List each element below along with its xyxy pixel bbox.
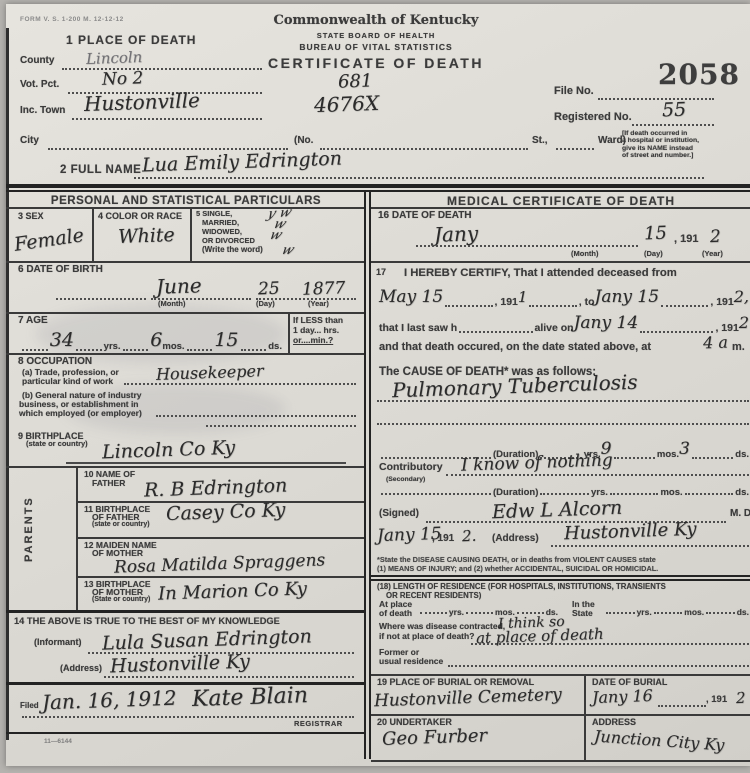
death-hour-value: 4 a <box>703 334 728 352</box>
county-line <box>62 68 262 70</box>
birthplace-rule <box>66 462 346 464</box>
marital-label: (Write the word) <box>202 246 263 255</box>
occ-a-label: particular kind of work <box>22 377 113 386</box>
registered-no-label: Registered No. <box>554 112 632 124</box>
to-year-hw: 2, <box>734 287 749 306</box>
right-column-title: MEDICAL CERTIFICATE OF DEATH <box>376 195 746 208</box>
alive-on-label: alive on <box>535 322 574 334</box>
contracted-label-2: if not at place of death? <box>379 632 474 641</box>
burial-date-value: Jany 16 <box>592 687 653 706</box>
burial-box-mid <box>371 714 750 716</box>
cause-line-2 <box>377 423 749 425</box>
city-label: City <box>20 136 39 147</box>
dod-day-label: (Day) <box>644 250 663 258</box>
hospital-note: [If death occurred in a hospital or inst… <box>622 130 750 159</box>
duration-ds-label: ds. <box>735 449 749 460</box>
undertaker-address-value: Junction City Ky <box>594 727 725 753</box>
cell-line <box>288 312 290 353</box>
age-yrs-label: yrs. <box>104 341 121 352</box>
sign-address-line <box>551 545 749 547</box>
city-no-label: (No. <box>294 136 313 147</box>
scan-edge-line <box>6 28 9 740</box>
dod-month-label: (Month) <box>571 250 598 258</box>
dod-line <box>416 245 638 247</box>
sex-value: Female <box>13 225 85 255</box>
age-label: 7 AGE <box>18 316 48 327</box>
form-code: FORM V. S. 1-200 M. 12-12-12 <box>20 16 124 23</box>
county-label: County <box>20 56 54 67</box>
hospital-note-line: a hospital or institution, <box>622 137 750 144</box>
duration2-ds-label: ds. <box>735 487 749 498</box>
mos-label: mos. <box>684 607 704 617</box>
burial-box-bottom <box>371 760 750 762</box>
filed-label: Filed <box>20 702 39 711</box>
yrs-label: yrs. <box>449 607 464 617</box>
burial-place-value: Hustonville Cemetery <box>374 686 562 711</box>
race-label: 4 COLOR OR RACE <box>98 212 182 222</box>
less-than-label: 1 day... hrs. <box>293 326 339 335</box>
mother-bp-value: In Marion Co Ky <box>158 579 307 604</box>
mother-bp-label: (State or country) <box>92 596 150 604</box>
signature-value: Edw L Alcorn <box>492 498 623 523</box>
dod-day-value: 15 <box>644 224 668 244</box>
less-than-label: If LESS than <box>293 316 343 325</box>
last-saw-date-value: Jany 14 <box>574 313 639 333</box>
dod-year-printed: , 191 <box>674 234 698 246</box>
file-no-value: 2058 <box>658 60 740 90</box>
secondary-label: (Secondary) <box>386 476 425 483</box>
father-name-label: FATHER <box>92 479 125 488</box>
vot-pct-label: Vot. Pct. <box>20 80 59 91</box>
burial-box-top <box>371 674 750 676</box>
in-state-row: yrs. mos. ds. <box>604 607 749 617</box>
dob-month-label: (Month) <box>158 300 185 308</box>
city-st-line <box>556 148 594 150</box>
file-no-line <box>598 98 714 100</box>
registered-no-line <box>632 124 714 126</box>
last-saw-row: that I last saw h alive on Jany 14 , 191… <box>379 316 749 336</box>
hospital-note-line: of street and number.] <box>622 152 750 159</box>
hospital-note-line: give its NAME instead <box>622 145 750 152</box>
plate-code: 11—6144 <box>44 738 72 745</box>
former-line <box>448 665 749 667</box>
last-saw-year-hw: 2 <box>739 313 749 332</box>
yrs-label: yrs. <box>637 607 652 617</box>
at-place-label-2: of death <box>379 609 412 618</box>
cell-line <box>190 207 192 261</box>
parents-box-divider <box>76 466 78 612</box>
scanned-death-certificate: { "page": { "form_code": "FORM V. S. 1-2… <box>0 0 750 773</box>
marital-label: WIDOWED, <box>202 228 242 236</box>
certify-text: I HEREBY CERTIFY, That I attended deceas… <box>404 267 677 279</box>
occ-b-line-1 <box>156 415 356 417</box>
city-no-line <box>320 148 528 150</box>
from-year-hw: 1 <box>518 288 528 306</box>
left-column-title: PERSONAL AND STATISTICAL PARTICULARS <box>16 195 356 207</box>
occ-b-label: which employed (or employer) <box>19 409 142 418</box>
occ-a-value: Housekeeper <box>156 362 264 383</box>
duration2-label: (Duration) <box>493 487 538 498</box>
attest-label: 14 THE ABOVE IS TRUE TO THE BEST OF MY K… <box>14 616 280 626</box>
bureau-label: BUREAU OF VITAL STATISTICS <box>261 43 491 52</box>
last-saw-label: that I last saw h <box>379 322 457 334</box>
sign-address-value: Hustonville Ky <box>564 520 697 544</box>
dob-day-label: (Day) <box>256 300 275 308</box>
marital-label: OR DIVORCED <box>202 237 255 245</box>
inc-town-label: Inc. Town <box>20 106 65 117</box>
dod-year-hw: 2 <box>710 228 721 247</box>
death-occurred-label: and that death occured, on the date stat… <box>379 342 651 354</box>
dob-year-value: 1877 <box>302 279 346 299</box>
marital-label: MARRIED, <box>202 219 239 227</box>
vot-pct-value: No 2 <box>102 69 144 89</box>
age-days-value: 15 <box>214 329 238 351</box>
age-mos-label: mos. <box>162 341 184 352</box>
marital-scribble: w <box>279 244 297 258</box>
parents-label: PARENTS <box>24 484 36 574</box>
attended-to-value: Jany 15 <box>595 287 660 307</box>
to-label: , to <box>579 296 595 308</box>
right-title-rule <box>371 207 750 209</box>
column-divider <box>364 191 366 759</box>
former-label-2: usual residence <box>379 657 443 666</box>
full-name-label: 2 FULL NAME <box>60 164 141 176</box>
state-board-label: STATE BOARD OF HEALTH <box>261 32 491 40</box>
county-value: Lincoln <box>86 49 143 67</box>
attended-from-value: May 15 <box>379 287 443 307</box>
footnote-line: *State the DISEASE CAUSING DEATH, or in … <box>377 556 656 564</box>
registrar-signature: Kate Blain <box>192 684 309 712</box>
cause-line-1 <box>377 400 749 402</box>
dob-day-value: 25 <box>258 280 280 299</box>
residence-rule-2 <box>371 579 750 581</box>
parents-box-bottom <box>6 610 364 613</box>
commonwealth-title: Commonwealth of Kentucky <box>261 14 491 28</box>
registered-no-value: 55 <box>662 100 687 121</box>
dod-year-label: (Year) <box>702 250 723 258</box>
age-ds-label: ds. <box>268 341 282 352</box>
birthplace-value: Lincoln Co Ky <box>102 438 236 463</box>
dob-label: 6 DATE OF BIRTH <box>18 265 103 276</box>
cause-value: Pulmonary Tuberculosis <box>392 372 638 402</box>
place-of-death-label: 1 PLACE OF DEATH <box>66 34 196 47</box>
attended-row: May 15 , 191 1 , to Jany 15 , 191 2, <box>379 290 749 310</box>
mother-name-value: Rosa Matilda Spraggens <box>114 551 326 577</box>
sign-address-label: (Address) <box>492 534 539 545</box>
father-bp-value: Casey Co Ky <box>166 500 286 525</box>
certificate-title: CERTIFICATE OF DEATH <box>246 56 506 71</box>
marital-label: 5 SINGLE, <box>196 210 232 218</box>
from-year-printed: , 191 <box>495 296 518 308</box>
informant-value: Lula Susan Edrington <box>102 626 312 654</box>
signed-label: (Signed) <box>379 509 419 520</box>
informant-label: (Informant) <box>34 638 82 648</box>
in-state-label-2: State <box>572 609 593 618</box>
certify-number: 17 <box>376 268 386 278</box>
occ-a-line <box>124 383 356 385</box>
dod-month-value: Jany <box>434 223 479 246</box>
row-rule <box>76 537 364 539</box>
filed-rule-top <box>6 682 364 685</box>
birthplace-sub-label: (state or country) <box>26 440 88 448</box>
header-rule <box>6 184 750 188</box>
left-title-rule <box>6 207 364 209</box>
full-name-value: Lua Emily Edrington <box>142 149 343 176</box>
father-name-value: R. B Edrington <box>144 476 288 502</box>
dod-label: 16 DATE OF DEATH <box>378 211 472 222</box>
cell-line <box>92 207 94 261</box>
dob-month-value: June <box>156 275 202 298</box>
row-rule <box>76 576 364 578</box>
duration-mos-label: mos. <box>657 449 679 460</box>
informant-address-label: (Address) <box>60 664 102 674</box>
ds-label: ds. <box>737 607 749 617</box>
age-row: 34 yrs. 6 mos. 15 ds. <box>20 332 282 354</box>
contributory-value: I know of nothing <box>461 451 613 475</box>
registrar-label: REGISTRAR <box>294 720 343 728</box>
row-rule <box>6 353 364 355</box>
sex-label: 3 SEX <box>18 212 44 222</box>
header-rule-2 <box>6 190 750 192</box>
city-st-label: St., <box>532 136 548 147</box>
undertaker-value: Geo Furber <box>382 726 488 749</box>
burial-year-printed: , 191 <box>706 695 727 705</box>
full-name-line <box>134 177 704 179</box>
duration2-mos-label: mos. <box>660 487 682 498</box>
inc-town-line <box>72 118 262 120</box>
certificate-sheet: FORM V. S. 1-200 M. 12-12-12 1 PLACE OF … <box>6 4 750 766</box>
burial-box-divider <box>584 674 586 760</box>
row-rule <box>6 312 364 314</box>
row-rule <box>6 261 364 263</box>
md-label: M. D. <box>730 509 750 520</box>
marital-scribble: w <box>267 229 285 243</box>
inc-town-value: Hustonville <box>84 90 201 116</box>
occ-b-line-2 <box>206 425 356 427</box>
pen-number-2: 4676X <box>314 93 380 117</box>
dob-line-1 <box>56 298 146 300</box>
row-rule <box>371 261 750 263</box>
race-value: White <box>118 225 175 247</box>
parents-box-top <box>6 466 364 468</box>
duration2-row: (Duration) yrs. mos. ds. <box>379 487 749 498</box>
burial-date-line <box>658 705 706 707</box>
dob-year-label: (Year) <box>308 300 329 308</box>
footnote-line: (1) MEANS OF INJURY; and (2) whether ACC… <box>377 565 658 573</box>
father-bp-label: (state or country) <box>92 521 150 529</box>
pen-number-1: 681 <box>338 71 373 92</box>
contracted-line <box>471 643 749 645</box>
left-bottom-rule <box>6 732 364 734</box>
age-years-value: 34 <box>50 329 74 351</box>
duration-ds-value: 3 <box>679 439 690 459</box>
sign-year-hw: 2. <box>462 528 477 545</box>
filed-date-value: Jan. 16, 1912 <box>42 688 177 714</box>
sign-year-printed: , 191 <box>432 534 454 545</box>
filed-line <box>22 716 354 718</box>
file-no-label: File No. <box>554 86 594 98</box>
burial-year-hw: 2 <box>736 690 746 707</box>
to-year-printed: , 191 <box>710 296 733 308</box>
informant-address-value: Hustonville Ky <box>110 652 250 677</box>
contributory-label: Contributory <box>379 462 443 473</box>
death-hour-m-label: m. <box>732 342 745 354</box>
residence-rule-1 <box>371 575 750 577</box>
less-than-label: or....min.? <box>293 336 333 345</box>
age-months-value: 6 <box>150 329 162 351</box>
